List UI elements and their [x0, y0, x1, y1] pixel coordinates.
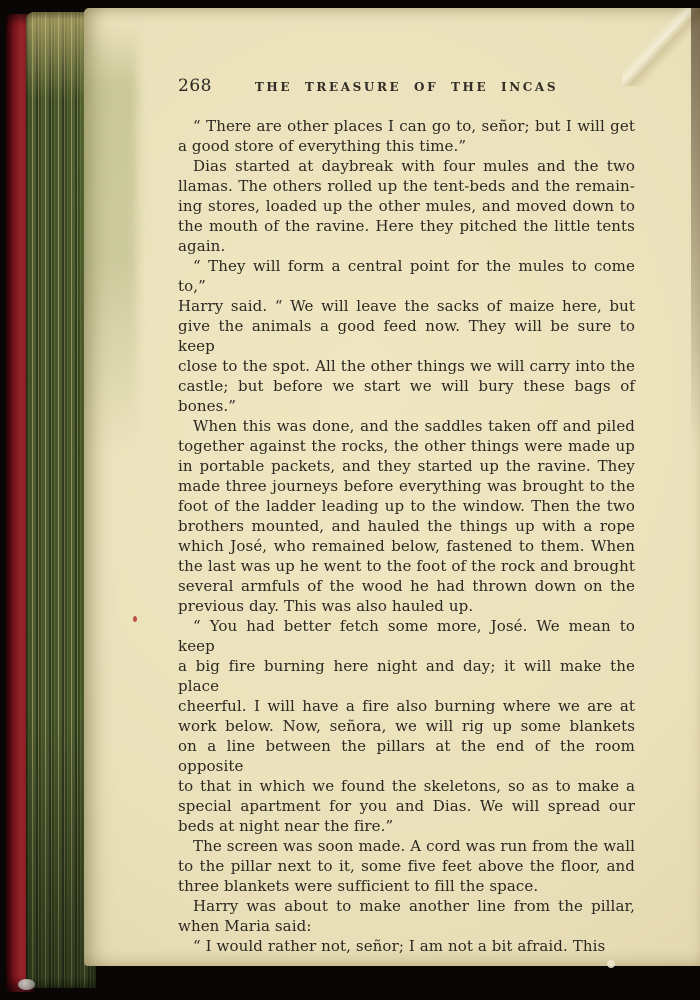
- text-line: foot of the ladder leading up to the win…: [178, 496, 635, 516]
- page-text: “ There are other places I can go to, se…: [178, 116, 635, 956]
- text-line: work below. Now, señora, we will rig up …: [178, 716, 635, 736]
- text-line: to the pillar next to it, some five feet…: [178, 856, 635, 876]
- red-speck: [133, 616, 137, 622]
- text-line: The screen was soon made. A cord was run…: [178, 836, 635, 856]
- text-line: on a line between the pillars at the end…: [178, 736, 635, 776]
- text-line: several armfuls of the wood he had throw…: [178, 576, 635, 596]
- text-line: Harry said. “ We will leave the sacks of…: [178, 296, 635, 316]
- text-line: in portable packets, and they started up…: [178, 456, 635, 476]
- book-photo: 268 THE TREASURE OF THE INCAS “ There ar…: [0, 0, 700, 1000]
- text-line: “ You had better fetch some more, José. …: [178, 616, 635, 656]
- text-line: which José, who remained below, fastened…: [178, 536, 635, 556]
- text-line: a good store of everything this time.”: [178, 136, 635, 156]
- text-line: castle; but before we start we will bury…: [178, 376, 635, 416]
- text-line: cheerful. I will have a fire also burnin…: [178, 696, 635, 716]
- text-line: “ I would rather not, señor; I am not a …: [178, 936, 635, 956]
- text-line: again.: [178, 236, 635, 256]
- text-line: “ They will form a central point for the…: [178, 256, 635, 296]
- text-line: together against the rocks, the other th…: [178, 436, 635, 456]
- text-line: brothers mounted, and hauled the things …: [178, 516, 635, 536]
- text-line: “ There are other places I can go to, se…: [178, 116, 635, 136]
- running-title: THE TREASURE OF THE INCAS: [178, 80, 635, 94]
- text-line: made three journeys before everything wa…: [178, 476, 635, 496]
- page-corner-speck: [607, 960, 615, 968]
- text-line: a big fire burning here night and day; i…: [178, 656, 635, 696]
- scanner-glint: [18, 979, 35, 990]
- page-right-shadow: [691, 8, 700, 448]
- text-line: llamas. The others rolled up the tent-be…: [178, 176, 635, 196]
- text-line: special apartment for you and Dias. We w…: [178, 796, 635, 816]
- text-line: close to the spot. All the other things …: [178, 356, 635, 376]
- text-line: Dias started at daybreak with four mules…: [178, 156, 635, 176]
- text-line: when Maria said:: [178, 916, 635, 936]
- text-line: to that in which we found the skeletons,…: [178, 776, 635, 796]
- text-line: beds at night near the fire.”: [178, 816, 635, 836]
- text-line: Harry was about to make another line fro…: [178, 896, 635, 916]
- text-line: When this was done, and the saddles take…: [178, 416, 635, 436]
- text-line: ing stores, loaded up the other mules, a…: [178, 196, 635, 216]
- page-header: 268 THE TREASURE OF THE INCAS: [178, 74, 635, 100]
- text-line: three blankets were sufficient to fill t…: [178, 876, 635, 896]
- text-line: the last was up he went to the foot of t…: [178, 556, 635, 576]
- text-line: give the animals a good feed now. They w…: [178, 316, 635, 356]
- book-page: 268 THE TREASURE OF THE INCAS “ There ar…: [84, 8, 700, 966]
- text-line: the mouth of the ravine. Here they pitch…: [178, 216, 635, 236]
- edge-stain: [79, 26, 137, 456]
- text-line: previous day. This was also hauled up.: [178, 596, 635, 616]
